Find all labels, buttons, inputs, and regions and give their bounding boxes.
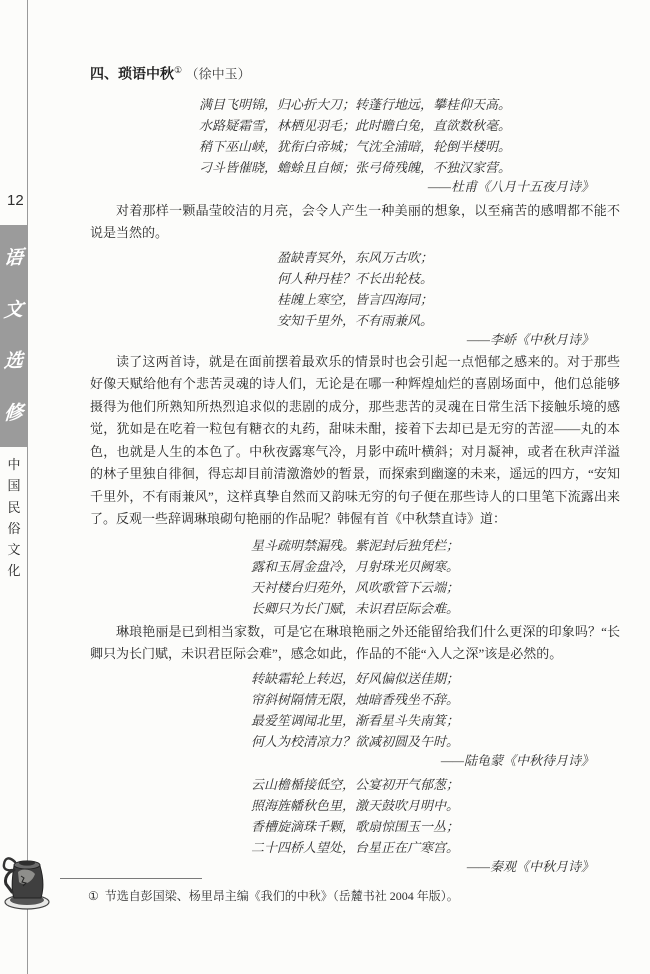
section-title: 琐语中秋 <box>118 68 174 83</box>
category-char: 民 <box>7 501 20 515</box>
poem-line: 安知千里外，不有雨兼风。 <box>90 310 620 331</box>
poem-line: 云山檐楯接低空，公宴初开气郁葱； <box>90 774 620 795</box>
poem-hanwo: 星斗疏明禁漏残。紫泥封后独凭栏；露和玉屑金盘冷，月射珠光贝阙寒。天衬楼台归苑外，… <box>90 535 620 619</box>
poem-line: 天衬楼台归苑外，风吹歌管下云端； <box>90 577 620 598</box>
poem-line: 水路疑霜雪，林栖见羽毛；此时瞻白兔，直欲数秋毫。 <box>90 115 620 136</box>
poem-liqiao: 盈缺青冥外，东风万古吹；何人种丹桂？不长出轮枝。桂魄上寒空，皆言四海同；安知千里… <box>90 247 620 331</box>
footnote-divider <box>60 878 202 879</box>
poem-line: 盈缺青冥外，东风万古吹； <box>90 247 620 268</box>
poem-line: 刁斗皆催晓，蟾蜍且自倾；张弓倚残魄，不独汉家营。 <box>90 157 620 178</box>
category-char: 文 <box>7 543 20 557</box>
paragraph-main: 读了这两首诗，就是在面前摆着最欢乐的情景时也会引起一点悒郁之感来的。对于那些好像… <box>90 351 620 531</box>
poem-line: 稍下巫山峡，犹衔白帝城；气沈全浦暗，轮倒半楼明。 <box>90 136 620 157</box>
series-title-banner: 语文选修 <box>0 225 28 447</box>
poem-attribution-liqiao: ——李峤《中秋月诗》 <box>90 331 620 349</box>
poem-line: 星斗疏明禁漏残。紫泥封后独凭栏； <box>90 535 620 556</box>
poem-line: 何人为校清凉力？欲减初圆及午时。 <box>90 731 620 752</box>
poem-line: 何人种丹桂？不长出轮枝。 <box>90 268 620 289</box>
section-heading: 四、琐语中秋① （徐中玉） <box>90 62 620 84</box>
series-title-char: 修 <box>4 403 24 423</box>
teapot-illustration <box>1 848 53 917</box>
book-category-label: 中国民俗文化 <box>0 458 28 579</box>
series-title-char: 文 <box>4 300 24 320</box>
poem-line: 桂魄上寒空，皆言四海同； <box>90 289 620 310</box>
poem-dufu: 满目飞明锦，归心折大刀；转蓬行地远，攀桂仰天高。水路疑霜雪，林栖见羽毛；此时瞻白… <box>90 94 620 178</box>
poem-line: 最爱笙调闻北里，渐看星斗失南箕； <box>90 710 620 731</box>
footnote-ref-icon: ① <box>174 65 182 75</box>
page-body: 四、琐语中秋① （徐中玉） 满目飞明锦，归心折大刀；转蓬行地远，攀桂仰天高。水路… <box>90 0 620 876</box>
category-char: 俗 <box>7 522 20 536</box>
poem-lugui: 转缺霜轮上转迟，好风偏似送佳期；帘斜树隔情无限，烛暗香残坐不辞。最爱笙调闻北里，… <box>90 668 620 752</box>
poem-line: 露和玉屑金盘冷，月射珠光贝阙寒。 <box>90 556 620 577</box>
poem-line: 香槽旋滴珠千颗，歌扇惊围玉一丛； <box>90 816 620 837</box>
poem-attribution-dufu: ——杜甫《八月十五夜月诗》 <box>90 178 620 196</box>
poem-line: 满目飞明锦，归心折大刀；转蓬行地远，攀桂仰天高。 <box>90 94 620 115</box>
poem-line: 长卿只为长门赋，未识君臣际会难。 <box>90 598 620 619</box>
series-title-char: 选 <box>4 352 24 372</box>
poem-qinguan: 云山檐楯接低空，公宴初开气郁葱；照海旌幡秋色里，激天鼓吹月明中。香槽旋滴珠千颗，… <box>90 774 620 858</box>
footnote-marker: ① <box>88 889 99 903</box>
poem-line: 照海旌幡秋色里，激天鼓吹月明中。 <box>90 795 620 816</box>
footnote-text: 节选自彭国梁、杨里昂主编《我们的中秋》（岳麓书社 2004 年版）。 <box>105 889 459 903</box>
poem-attribution-qinguan: ——秦观《中秋月诗》 <box>90 858 620 876</box>
series-title-char: 语 <box>4 249 24 269</box>
category-char: 中 <box>7 458 20 472</box>
footnote: ①节选自彭国梁、杨里昂主编《我们的中秋》（岳麓书社 2004 年版）。 <box>88 888 608 904</box>
section-author: （徐中玉） <box>186 67 251 82</box>
paragraph-comment: 琳琅艳丽是已到相当家数，可是它在琳琅艳丽之外还能留给我们什么更深的印象吗？“长卿… <box>90 621 620 666</box>
poem-line: 二十四桥人望处，台星正在广寒宫。 <box>90 837 620 858</box>
category-char: 国 <box>7 479 20 493</box>
poem-line: 帘斜树隔情无限，烛暗香残坐不辞。 <box>90 689 620 710</box>
page-number: 12 <box>7 192 24 209</box>
poem-attribution-lugui: ——陆龟蒙《中秋待月诗》 <box>90 752 620 770</box>
paragraph-intro: 对着那样一颗晶莹皎洁的月亮，会令人产生一种美丽的想象，以至痛苦的感喟都不能不说是… <box>90 200 620 245</box>
section-index: 四、 <box>90 68 118 83</box>
category-char: 化 <box>7 564 20 578</box>
poem-line: 转缺霜轮上转迟，好风偏似送佳期； <box>90 668 620 689</box>
